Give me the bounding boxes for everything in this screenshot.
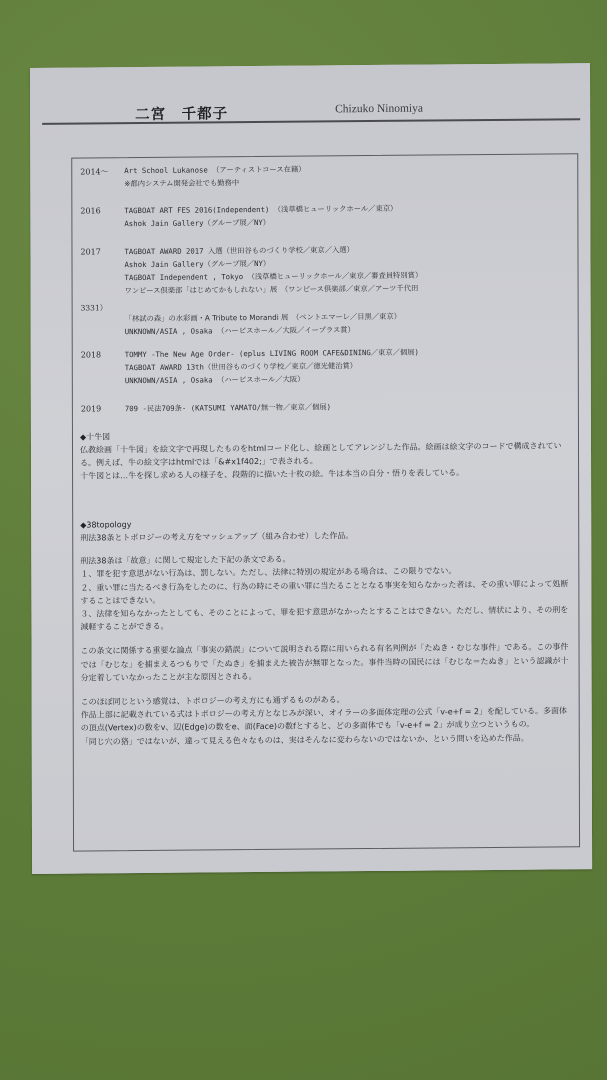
cv-line: TOMMY -The New Age Order- (eplus LIVING …: [125, 348, 419, 361]
cv-entry-2014: 2014〜 Art School Lukanose （アーティストコース在籍） …: [72, 162, 577, 166]
cv-line-continuation: 3331）: [81, 302, 108, 313]
cv-entry-2016: 2016 TAGBOAT ART FES 2016(Independent) （…: [72, 202, 577, 206]
printed-sheet: 二宮 千都子 Chizuko Ninomiya 2014〜 Art School…: [30, 63, 592, 874]
cv-line: TAGBOAT Independent , Tokyo （浅草橋ヒューリックホー…: [125, 271, 423, 284]
cv-line: ワンピース倶楽部「はじめてかもしれない」展 （ワンピース倶楽部／東京／アーツ千代…: [125, 284, 419, 297]
cv-line: UNKNOWN/ASIA , Osaka （ハービスホール／大阪）: [125, 375, 305, 387]
document-header: 二宮 千都子 Chizuko Ninomiya: [30, 63, 590, 128]
artist-name-english: Chizuko Ninomiya: [335, 103, 423, 116]
cv-entry-2019: 2019 709 -民法709条- (KATSUMI YAMATO/無一物／東京…: [73, 400, 578, 404]
cv-line: Art School Lukanose （アーティストコース在籍）: [124, 165, 305, 177]
section-jugyuzu: ◆十牛図 仏教絵画「十牛図」を絵文字で再現したものをhtmlコード化し、絵画とし…: [80, 426, 570, 483]
content-frame: 2014〜 Art School Lukanose （アーティストコース在籍） …: [71, 153, 580, 851]
section-paragraph: 作品上部に記載されている式はトポロジーの考え方となじみが深い、オイラーの多面体定…: [81, 705, 571, 736]
cv-year: 2017: [80, 247, 100, 256]
cv-entry-2017: 2017 TAGBOAT AWARD 2017 入選（世田谷ものづくり学校／東京…: [72, 243, 577, 247]
cv-line: ※都内システム開発会社でも勤務中: [124, 178, 239, 189]
cv-year: 2016: [80, 206, 100, 215]
cv-line: 709 -民法709条- (KATSUMI YAMATO/無一物／東京／個展): [125, 402, 331, 414]
cv-line: Ashok Jain Gallery（グループ展／NY）: [124, 218, 270, 229]
cv-year: 2018: [81, 350, 101, 359]
cv-line: TAGBOAT AWARD 13th（世田谷ものづくり学校／東京／徳光健治賞）: [125, 361, 357, 373]
exhibition-history: 2014〜 Art School Lukanose （アーティストコース在籍） …: [72, 154, 577, 158]
cv-entry-2018: 2018 TOMMY -The New Age Order- (eplus LI…: [73, 346, 578, 350]
cv-line: UNKNOWN/ASIA , Osaka （ハービスホール／大阪／イープラス賞）: [125, 325, 355, 337]
header-divider: [42, 118, 580, 124]
cv-year: 2019: [81, 404, 101, 413]
cv-line: 「林試の森」の水彩画・A Tribute to Morandi 展 （ペントエマ…: [125, 312, 401, 324]
section-38topology: ◆38topology 刑法38条とトポロジーの考え方をマッシュアップ（組み合わ…: [80, 514, 571, 748]
cv-year: 2014〜: [80, 166, 108, 177]
cv-line: TAGBOAT AWARD 2017 入選（世田谷ものづくり学校／東京／入選）: [124, 245, 353, 257]
cv-line: Ashok Jain Gallery（グループ展／NY）: [125, 259, 271, 270]
section-paragraph: この条文に関係する重要な論点「事実の錯誤」について説明される際に用いられる有名判…: [81, 641, 571, 685]
cv-line: TAGBOAT ART FES 2016(Independent) （浅草橋ヒュ…: [124, 204, 397, 216]
